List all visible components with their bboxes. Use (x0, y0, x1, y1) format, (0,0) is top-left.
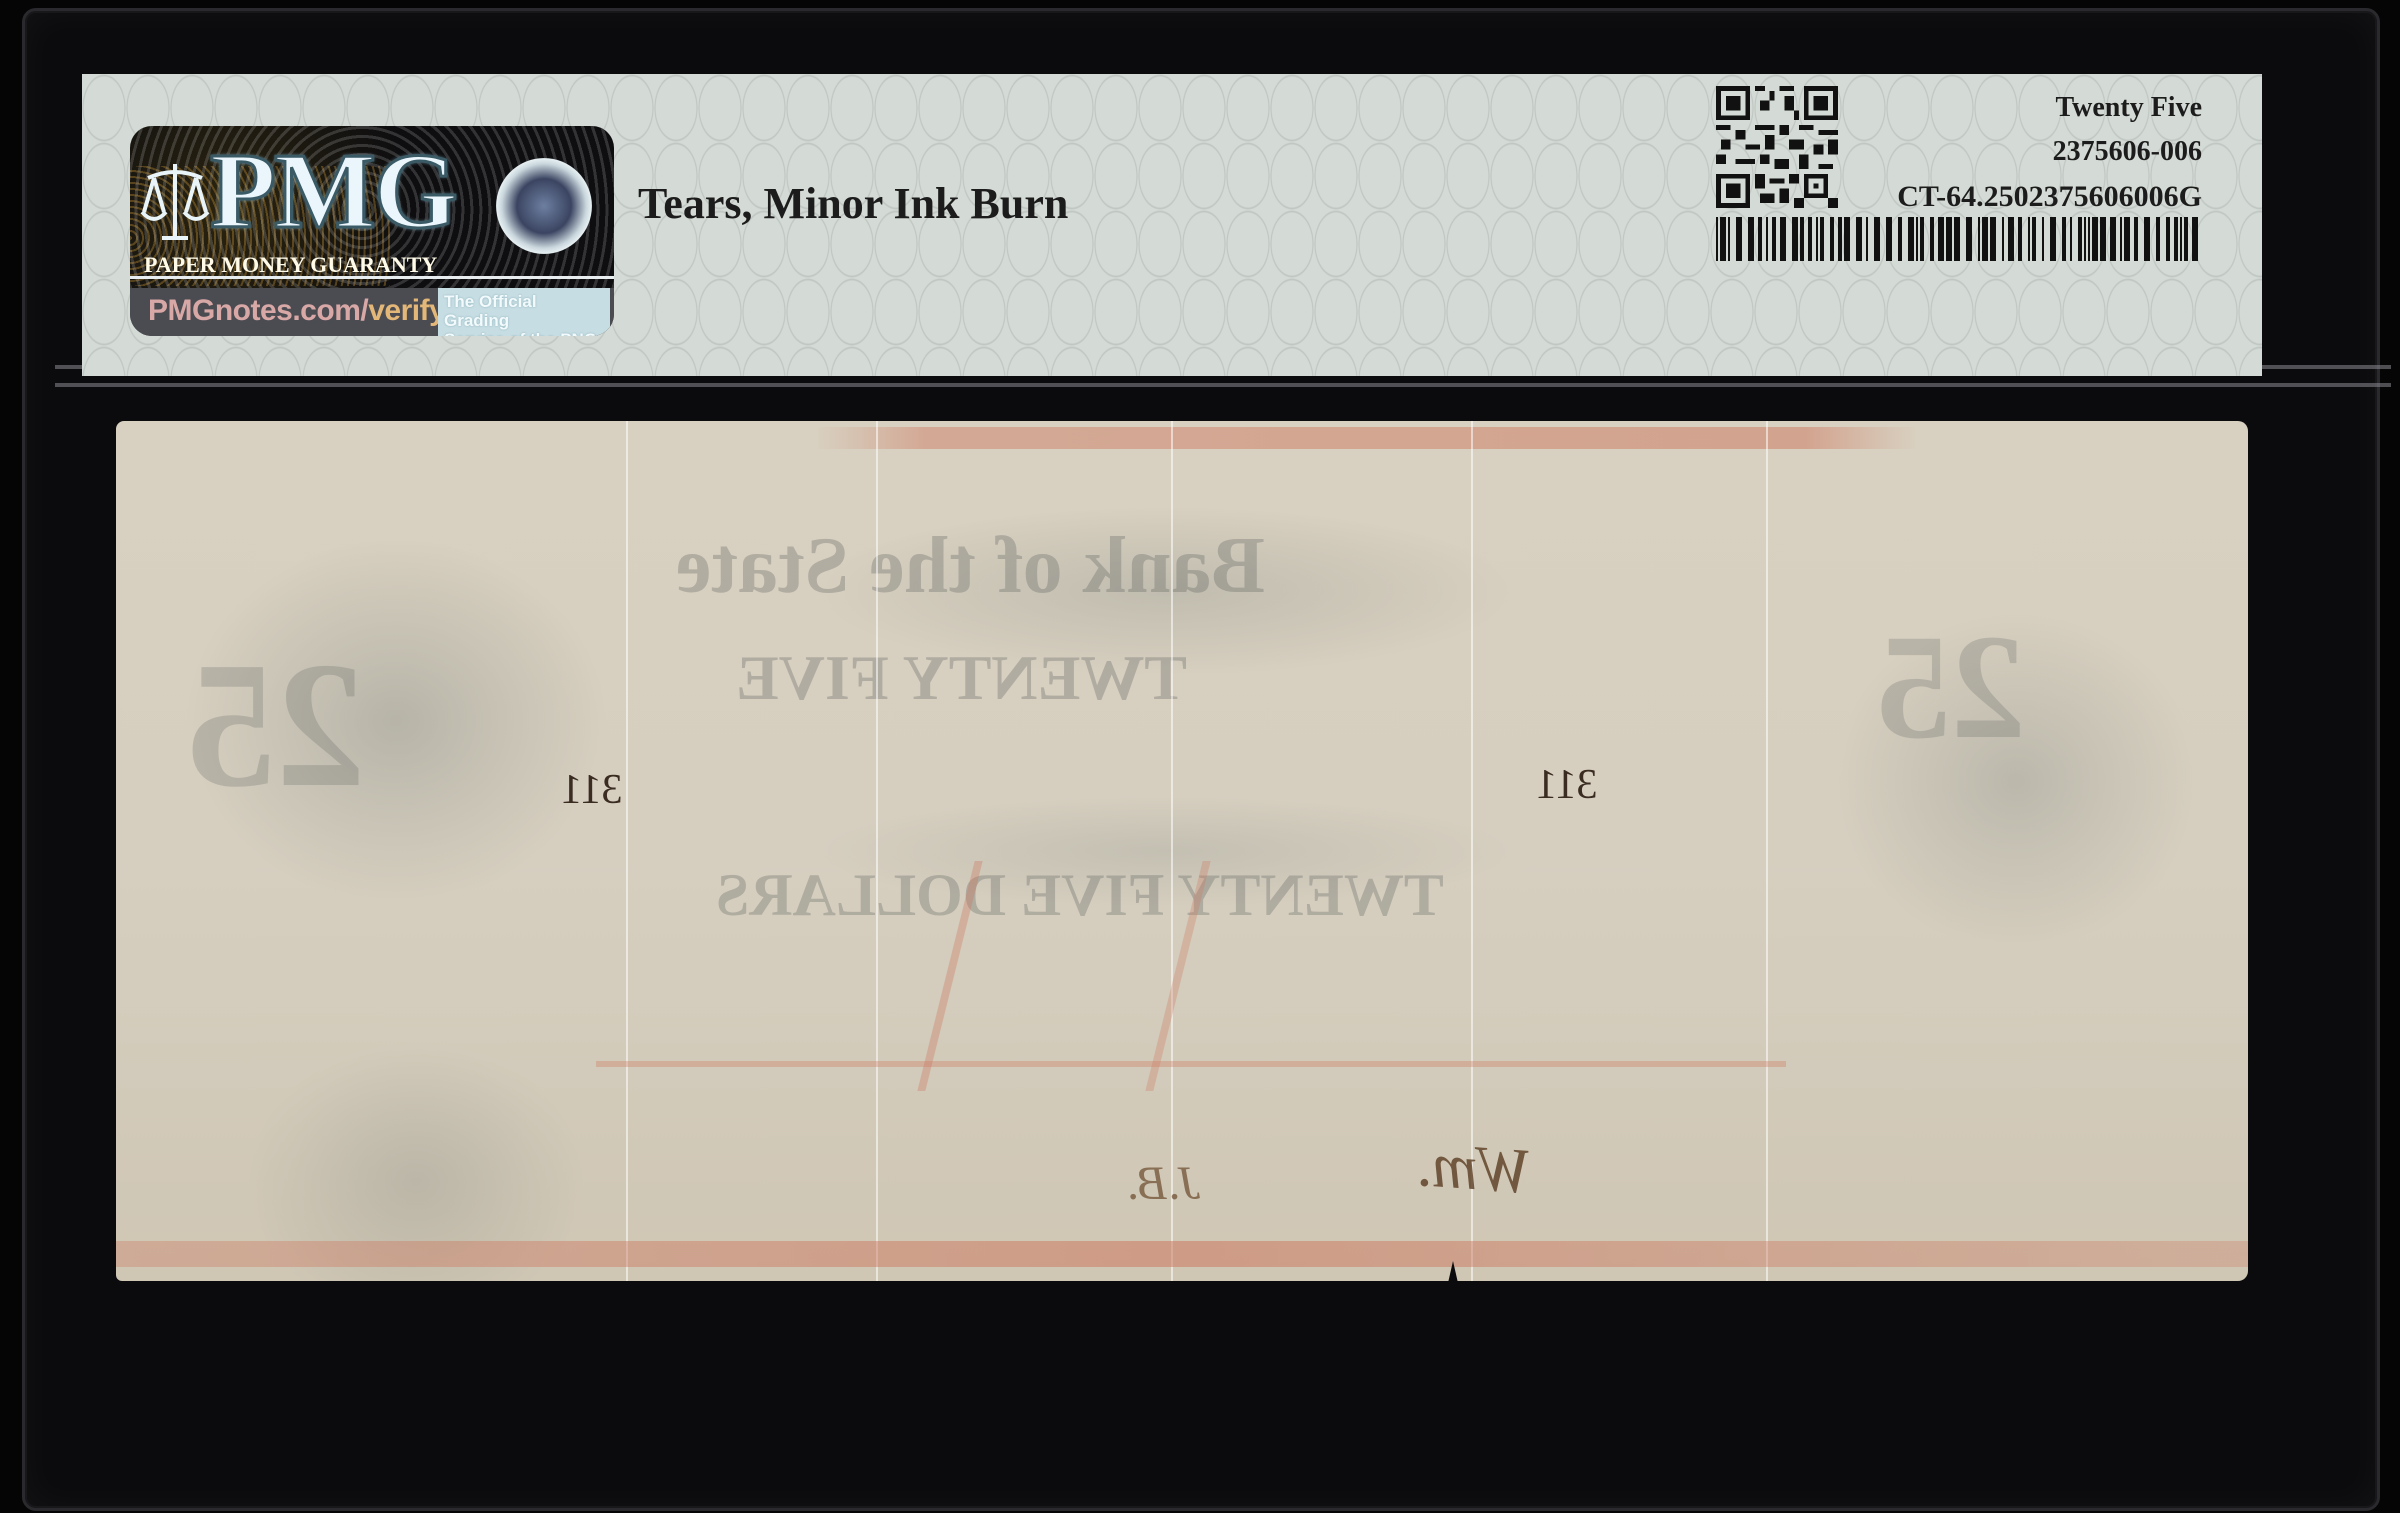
scales-of-justice-icon (140, 156, 210, 246)
denomination: Twenty Five (2056, 92, 2202, 124)
official-grading-text: The Official Grading Service of the PNG (438, 288, 610, 336)
qr-code-icon[interactable] (1716, 86, 1838, 208)
pmg-hologram: PMG PAPER MONEY GUARANTY PMGnotes.com/ve… (130, 126, 614, 336)
pmg-label: PMG PAPER MONEY GUARANTY PMGnotes.com/ve… (82, 74, 2262, 376)
serial-number-left: 311 (561, 766, 622, 814)
serial-number-right: 311 (1536, 761, 1597, 809)
slab-rail-bottom (55, 383, 2391, 387)
pmg-subtitle: PAPER MONEY GUARANTY (144, 252, 437, 278)
barcode-icon[interactable] (1716, 217, 2202, 261)
label-comments: Tears, Minor Ink Burn (638, 178, 1068, 229)
signature-bleed-2: J.B. (1126, 1156, 1201, 1211)
banknote-back: Bank of the State TWENTY FIVE TWENTY FIV… (116, 421, 2248, 1281)
verify-url[interactable]: PMGnotes.com/verify (148, 294, 445, 328)
cert-number: 2375606-006 (2053, 136, 2202, 168)
signature-bleed: Wm. (1414, 1127, 1534, 1209)
tear-mark (1448, 1261, 1458, 1283)
pmg-logo: PMG (210, 138, 456, 246)
catalog-grade-code: CT-64.2502375606006G (1897, 180, 2202, 214)
hologram-seal-icon (496, 158, 592, 254)
